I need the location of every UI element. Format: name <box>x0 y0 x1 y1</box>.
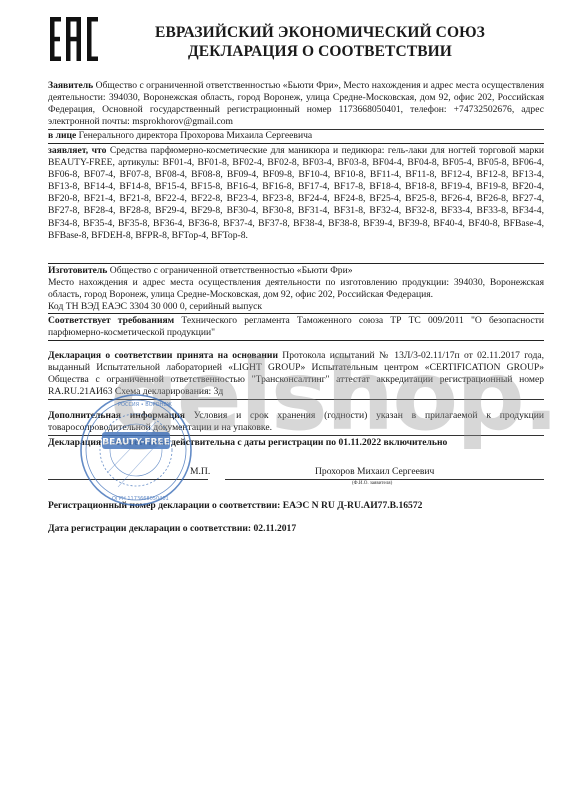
registration-date-label: Дата регистрации декларации о соответств… <box>48 523 251 534</box>
registration-number-value: ЕАЭС N RU Д-RU.АИ77.В.16572 <box>280 500 422 511</box>
manufacturer-section: Изготовитель Общество с ограниченной отв… <box>48 265 544 313</box>
eac-logo-icon <box>50 17 100 61</box>
representative-label: в лице <box>48 130 76 141</box>
manufacturer-label: Изготовитель <box>48 265 107 276</box>
registration-date-value: 02.11.2017 <box>251 523 296 534</box>
manufacturer-address: Место нахождения и адрес места осуществл… <box>48 277 544 300</box>
divider <box>48 263 544 264</box>
conformity-section: Соответствует требованиям Технического р… <box>48 315 544 339</box>
signatory-name: Прохоров Михаил Сергеевич <box>315 466 434 477</box>
conformity-label: Соответствует требованиям <box>48 315 174 326</box>
applicant-section: Заявитель Общество с ограниченной ответс… <box>48 80 544 128</box>
product-description: Средства парфюмерно-косметические для ма… <box>48 145 544 241</box>
manufacturer-name: Общество с ограниченной ответственностью… <box>107 265 352 276</box>
basis-label: Декларация о соответствии принята на осн… <box>48 350 278 361</box>
company-seal-icon: BEAUTY-FREE РОССИЯ • ВОРОНЕЖ ОГРН 117366… <box>78 392 194 508</box>
divider <box>48 143 544 144</box>
document-title: ЕВРАЗИЙСКИЙ ЭКОНОМИЧЕСКИЙ СОЮЗ ДЕКЛАРАЦИ… <box>150 23 490 61</box>
commodity-code: Код ТН ВЭД ЕАЭС 3304 30 000 0, серийный … <box>48 301 262 312</box>
svg-text:РОССИЯ • ВОРОНЕЖ: РОССИЯ • ВОРОНЕЖ <box>118 402 173 408</box>
registration-date: Дата регистрации декларации о соответств… <box>48 523 296 534</box>
representative-text: Генерального директора Прохорова Михаила… <box>76 130 312 141</box>
name-line <box>225 479 544 480</box>
divider <box>48 340 544 341</box>
representative-section: в лице Генерального директора Прохорова … <box>48 130 544 142</box>
applicant-label: Заявитель <box>48 80 93 91</box>
divider <box>48 313 544 314</box>
name-caption: (Ф.И.О. заявителя) <box>352 481 392 486</box>
declares-section: заявляет, что Средства парфюмерно-космет… <box>48 145 544 242</box>
title-line-2: ДЕКЛАРАЦИЯ О СООТВЕТСТВИИ <box>150 42 490 61</box>
svg-text:ОГРН 1173668050401: ОГРН 1173668050401 <box>112 496 169 502</box>
title-line-1: ЕВРАЗИЙСКИЙ ЭКОНОМИЧЕСКИЙ СОЮЗ <box>150 23 490 42</box>
declares-label: заявляет, что <box>48 145 106 156</box>
applicant-text: Общество с ограниченной ответственностью… <box>48 80 544 127</box>
